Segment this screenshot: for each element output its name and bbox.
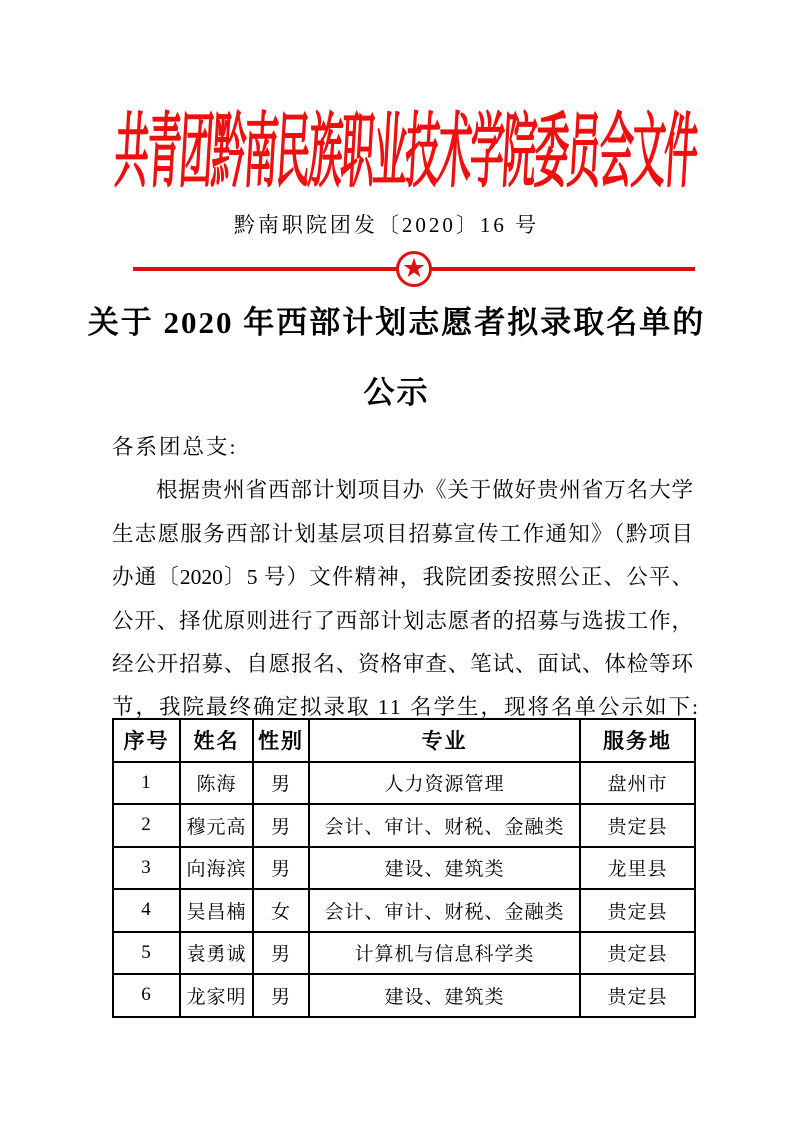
doc-number: 黔南职院团发〔2020〕16 号	[0, 211, 773, 239]
cell-name: 龙家明	[180, 974, 253, 1017]
body-line: 根据贵州省西部计划项目办《关于做好贵州省万名大学	[112, 469, 693, 512]
cell-gender: 男	[253, 762, 309, 805]
cell-index: 4	[113, 889, 180, 932]
roster-table: 序号 姓名 性别 专业 服务地 1 陈海 男 人力资源管理 盘州市 2 穆元高 …	[112, 718, 696, 1018]
document-page: 共青团黔南民族职业技术学院委员会文件 黔南职院团发〔2020〕16 号 ★ 关于…	[0, 0, 793, 1122]
cell-gender: 男	[253, 974, 309, 1017]
col-header-location: 服务地	[580, 719, 695, 762]
letterhead-title: 共青团黔南民族职业技术学院委员会文件	[111, 87, 699, 204]
cell-major: 会计、审计、财税、金融类	[309, 889, 580, 932]
body-line: 公开、择优原则进行了西部计划志愿者的招募与选拔工作，	[112, 600, 693, 643]
cell-index: 3	[113, 847, 180, 890]
cell-index: 2	[113, 804, 180, 847]
col-header-major: 专业	[309, 719, 580, 762]
cell-major: 建设、建筑类	[309, 847, 580, 890]
cell-name: 吴昌楠	[180, 889, 253, 932]
cell-location: 盘州市	[580, 762, 695, 805]
table-row: 6 龙家明 男 建设、建筑类 贵定县	[113, 974, 695, 1017]
cell-name: 向海滨	[180, 847, 253, 890]
cell-location: 贵定县	[580, 889, 695, 932]
table-row: 4 吴昌楠 女 会计、审计、财税、金融类 贵定县	[113, 889, 695, 932]
body-line: 经公开招募、自愿报名、资格审查、笔试、面试、体检等环	[112, 643, 693, 686]
cell-gender: 女	[253, 889, 309, 932]
cell-name: 袁勇诚	[180, 932, 253, 975]
page-title: 关于 2020 年西部计划志愿者拟录取名单的 公示	[0, 288, 793, 428]
cell-gender: 男	[253, 847, 309, 890]
body-text: 各系团总支: 根据贵州省西部计划项目办《关于做好贵州省万名大学 生志愿服务西部计…	[112, 426, 693, 730]
col-header-gender: 性别	[253, 719, 309, 762]
star-in-circle-icon: ★	[396, 251, 432, 287]
table-row: 3 向海滨 男 建设、建筑类 龙里县	[113, 847, 695, 890]
table-row: 1 陈海 男 人力资源管理 盘州市	[113, 762, 695, 805]
table-row: 5 袁勇诚 男 计算机与信息科学类 贵定县	[113, 932, 695, 975]
star-icon: ★	[402, 255, 426, 282]
col-header-index: 序号	[113, 719, 180, 762]
table-row: 2 穆元高 男 会计、审计、财税、金融类 贵定县	[113, 804, 695, 847]
cell-location: 贵定县	[580, 804, 695, 847]
body-line: 生志愿服务西部计划基层项目招募宣传工作通知》（黔项目	[112, 513, 693, 556]
table-header-row: 序号 姓名 性别 专业 服务地	[113, 719, 695, 762]
salutation: 各系团总支:	[112, 426, 693, 469]
cell-major: 计算机与信息科学类	[309, 932, 580, 975]
col-header-name: 姓名	[180, 719, 253, 762]
page-title-line-2: 公示	[0, 358, 793, 428]
cell-major: 人力资源管理	[309, 762, 580, 805]
page-title-line-1: 关于 2020 年西部计划志愿者拟录取名单的	[0, 288, 793, 358]
body-line: 办通〔2020〕5 号）文件精神，我院团委按照公正、公平、	[112, 556, 693, 599]
cell-name: 陈海	[180, 762, 253, 805]
cell-major: 建设、建筑类	[309, 974, 580, 1017]
cell-location: 贵定县	[580, 974, 695, 1017]
cell-location: 龙里县	[580, 847, 695, 890]
cell-major: 会计、审计、财税、金融类	[309, 804, 580, 847]
cell-index: 6	[113, 974, 180, 1017]
cell-gender: 男	[253, 932, 309, 975]
cell-name: 穆元高	[180, 804, 253, 847]
cell-location: 贵定县	[580, 932, 695, 975]
letterhead: 共青团黔南民族职业技术学院委员会文件	[18, 102, 793, 188]
cell-index: 1	[113, 762, 180, 805]
cell-index: 5	[113, 932, 180, 975]
cell-gender: 男	[253, 804, 309, 847]
